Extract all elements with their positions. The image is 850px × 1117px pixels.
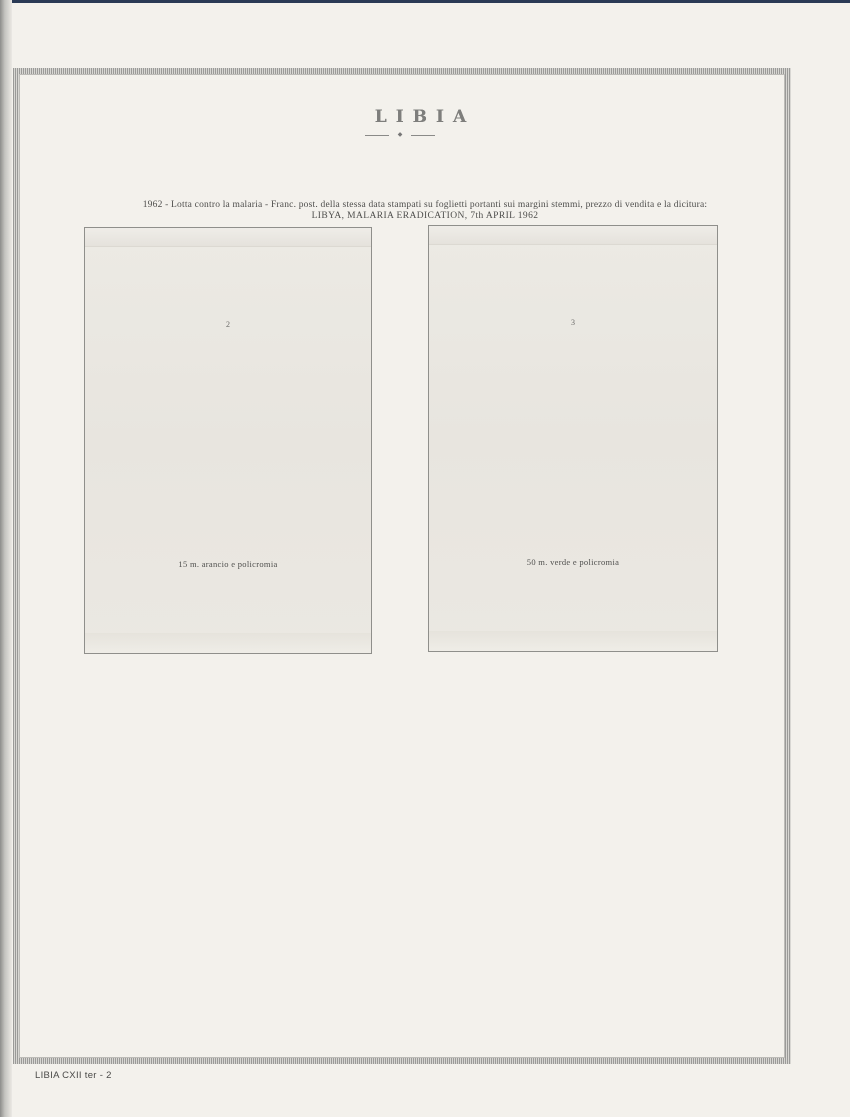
catalog-number: 3: [429, 318, 717, 327]
mount-bottom-band: [85, 633, 371, 653]
title-ornament: ◆: [365, 133, 435, 137]
page-footer: LIBIA CXII ter - 2: [35, 1070, 112, 1081]
ornament-diamond-icon: ◆: [390, 133, 410, 137]
stamp-caption: 15 m. arancio e policromia: [85, 559, 371, 569]
scan-top-edge: [0, 0, 850, 3]
ornament-line-right: [411, 135, 435, 136]
stamp-mount-right[interactable]: 3 50 m. verde e policromia: [428, 225, 718, 652]
mount-bottom-band: [429, 631, 717, 651]
mount-top-flap: [429, 226, 717, 245]
mount-top-flap: [85, 228, 371, 247]
issue-inscription: LIBYA, MALARIA ERADICATION, 7th APRIL 19…: [0, 211, 850, 221]
ornament-line-left: [365, 135, 389, 136]
stamp-caption: 50 m. verde e policromia: [429, 557, 717, 567]
country-title: LIBIA: [0, 107, 850, 127]
stamp-mount-left[interactable]: 2 15 m. arancio e policromia: [84, 227, 372, 654]
catalog-number: 2: [85, 320, 371, 329]
issue-description: 1962 - Lotta contro la malaria - Franc. …: [0, 200, 850, 210]
binding-shadow: [0, 0, 12, 1117]
